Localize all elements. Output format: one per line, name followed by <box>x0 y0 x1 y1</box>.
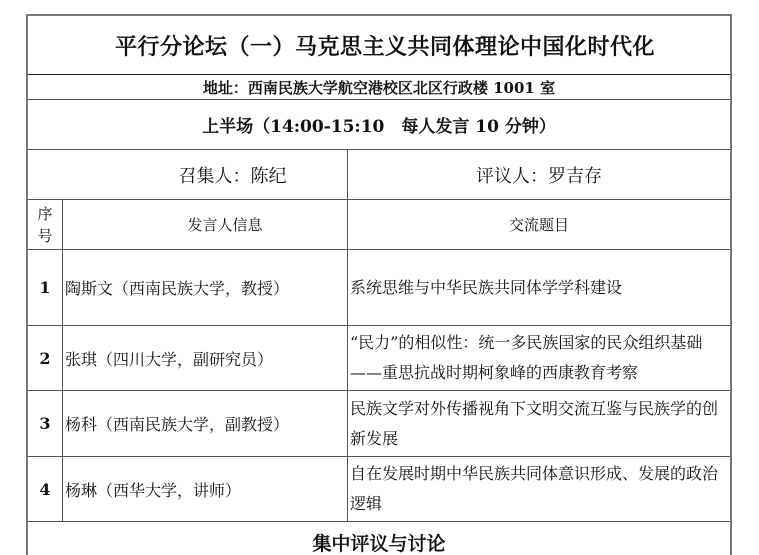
column-header-topic: 交流题目 <box>348 200 730 249</box>
forum-address: 地址：西南民族大学航空港校区北区行政楼 1001 室 <box>28 75 730 99</box>
row-2-seq: 2 <box>28 326 62 390</box>
row-1-topic: 系统思维与中华民族共同体学学科建设 <box>348 250 730 325</box>
row-1-speaker: 陶斯文（西南民族大学，教授） <box>63 250 347 325</box>
discussion-heading: 集中评议与讨论 <box>28 524 730 555</box>
column-header-speaker: 发言人信息 <box>63 200 347 249</box>
commentator: 评议人：罗吉存 <box>348 150 730 199</box>
session-info: 上半场（14:00-15:10 每人发言 10 分钟） <box>28 100 730 149</box>
row-2-speaker: 张琪（四川大学，副研究员） <box>63 326 347 390</box>
table-border-right <box>730 14 732 555</box>
column-header-seq-line1: 序 <box>37 203 52 225</box>
column-header-seq: 序 号 <box>28 200 62 249</box>
row-3-topic: 民族文学对外传播视角下文明交流互鉴与民族学的创新发展 <box>348 391 730 456</box>
row-3-seq: 3 <box>28 391 62 456</box>
row-1-seq: 1 <box>28 250 62 325</box>
convener: 召集人：陈纪 <box>28 150 347 199</box>
row-2-topic: “民力”的相似性：统一多民族国家的民众组织基础——重思抗战时期柯象峰的西康教育考… <box>348 326 730 390</box>
forum-title: 平行分论坛（一）马克思主义共同体理论中国化时代化 <box>115 16 725 74</box>
row-3-speaker: 杨科（西南民族大学，副教授） <box>63 391 347 456</box>
row-divider <box>26 521 732 522</box>
row-4-speaker: 杨琳（西华大学，讲师） <box>63 457 347 521</box>
column-header-seq-line2: 号 <box>37 225 52 247</box>
row-4-seq: 4 <box>28 457 62 521</box>
row-4-topic: 自在发展时期中华民族共同体意识形成、发展的政治逻辑 <box>348 457 730 521</box>
